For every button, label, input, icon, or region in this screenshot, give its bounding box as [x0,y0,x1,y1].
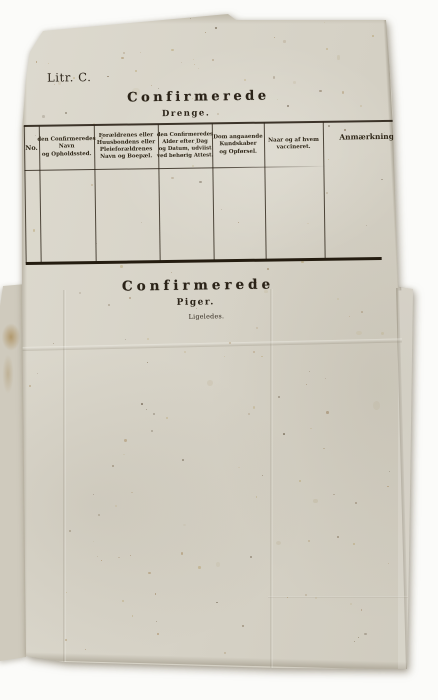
speckle [381,179,383,181]
girls-section-note: Ligeledes. [86,312,326,322]
speckle [184,351,186,353]
speckle [299,480,301,482]
speckle [121,57,123,59]
fold-crease [268,596,408,598]
speckle [35,135,36,136]
speckle [129,285,130,286]
age-blotch [337,55,341,59]
speckle [309,371,310,372]
speckle [153,413,155,415]
speckle [65,639,67,641]
age-blotch [264,290,268,293]
speckle [193,59,194,60]
speckle [301,261,303,263]
speckle [328,125,330,127]
table-top-rule [24,119,421,126]
speckle [361,311,363,313]
speckle [256,282,257,283]
speckle [166,417,168,419]
speckle [325,378,326,379]
speckle [349,316,350,317]
speckle [93,494,95,496]
speckle [29,385,31,387]
speckle [96,243,97,244]
paper-stain [0,346,16,402]
speckle [171,49,174,52]
speckle [79,292,81,294]
speckle [125,339,126,340]
speckle [141,222,142,223]
speckle [135,70,137,72]
speckle [37,373,38,374]
speckle [277,99,278,100]
speckle [156,621,157,622]
speckle [364,633,366,635]
speckle [147,338,149,340]
speckle [124,439,126,441]
speckle [129,297,131,299]
speckle [194,64,195,65]
speckle [388,563,389,564]
speckle [256,496,257,497]
column-header-no: No. [24,127,40,169]
speckle [333,494,334,495]
speckle [181,62,182,63]
speckle [131,492,132,493]
speckle [48,63,50,65]
table-column-line [212,123,215,260]
speckle [158,88,159,89]
speckle [97,556,98,557]
table-column-line [264,123,267,260]
speckle [387,486,389,488]
paper-edge-shade [26,12,392,24]
speckle [326,411,329,414]
speckle [146,409,147,410]
speckle [120,265,123,268]
speckle [118,557,119,558]
speckle [273,76,275,78]
speckle [30,45,32,47]
speckle [141,403,143,405]
paper-edge-shade [21,40,27,660]
photo-background: { "photo": { "corner_mark": "Litr. C.", … [0,0,438,700]
speckle [278,396,280,398]
age-blotch [216,562,220,567]
speckle [283,433,285,435]
table-column-line [323,122,326,259]
speckle [130,555,132,557]
speckle [69,530,70,531]
document-sheet-shadow: Litr. C. Confirmerede Drenge. No. den Co… [0,0,438,700]
speckle [91,184,93,186]
speckle [122,600,124,602]
boys-section-title: Confirmerede [78,88,318,106]
speckle [181,552,183,554]
fold-crease [22,338,402,351]
speckle [151,430,154,433]
speckle [315,597,317,599]
speckle [238,222,239,223]
speckle [358,637,359,638]
speckle [261,356,263,358]
speckle [354,641,355,642]
speckle [337,536,339,538]
confirmation-table: No. den Confirmeredes Navn og Opholdsste… [24,119,423,266]
speckle [361,609,362,610]
table-header-rule [24,166,326,171]
speckle [65,112,67,114]
speckle [115,505,117,507]
speckle [190,18,191,19]
speckle [381,332,383,334]
girls-section-title: Confirmerede [78,276,318,295]
speckle [54,84,55,85]
column-header-navn-opholdssted: den Confirmeredes Navn og Opholdssted. [39,126,95,169]
speckle [342,91,344,93]
speckle [53,343,54,344]
speckle [229,342,231,344]
speckle [198,566,200,568]
speckle [148,572,150,574]
speckle [305,594,307,596]
speckle [384,132,385,133]
speckle [337,298,339,300]
speckle [372,35,374,37]
age-blotch [356,331,362,335]
paper-edge-shade [26,652,408,670]
printed-content: Litr. C. Confirmerede Drenge. No. den Co… [23,64,427,355]
paper-stain [0,318,24,356]
speckle [267,268,269,270]
speckle [326,192,328,194]
speckle [250,556,252,558]
speckle [192,98,193,99]
speckle [344,129,346,131]
speckle [244,79,246,81]
speckle [256,327,258,329]
age-blotch [58,81,61,85]
age-blotch [313,499,317,503]
speckle [360,105,362,107]
speckle [287,597,288,598]
back-sheet-shadow [0,0,438,700]
table-column-line [158,124,161,261]
speckle [73,77,75,79]
speckle [287,105,289,107]
speckle [326,48,328,50]
column-header-dom: Dom angaaende Kundskaber og Opførsel. [212,124,265,167]
speckle [36,61,37,62]
speckle [116,132,117,133]
speckle [355,502,357,504]
back-sheet [0,0,438,700]
speckle [224,356,225,357]
speckle [307,223,309,225]
speckle [132,615,134,617]
speckle [253,351,255,353]
speckle [42,115,45,118]
age-blotch [207,380,213,386]
speckle [33,229,35,231]
speckle [216,602,218,604]
speckle [195,143,196,144]
speckle [140,52,142,54]
speckle [192,165,194,167]
speckle [389,471,390,472]
speckle [123,52,125,54]
folded-flap [398,288,414,670]
speckle [199,181,201,183]
table-column-line [39,126,42,263]
speckle [248,413,250,415]
table-column-line [24,126,27,263]
table-bottom-rule [26,257,382,265]
speckle [171,272,172,273]
speckle [98,514,100,516]
age-blotch [293,81,296,84]
speckle [108,304,110,306]
speckle [112,465,114,467]
speckle [274,37,275,38]
column-header-alder: den Confirmeredes Alder efter Dag og Dat… [158,124,213,167]
speckle [93,123,95,125]
boys-section-subtitle: Drenge. [79,107,294,120]
speckle [157,633,159,635]
girls-section-subtitle: Piger. [78,296,313,309]
speckle [66,592,67,593]
speckle [123,454,124,455]
speckle [350,603,352,605]
speckle [310,428,312,430]
speckle [196,308,197,309]
litr-mark: Litr. C. [47,70,92,85]
speckle [107,76,108,77]
speckle [283,40,285,42]
speckle [366,225,368,227]
column-header-foraeldrenes: Forældrenes eller Huusbondens eller Plei… [94,125,159,168]
fold-crease [396,288,409,672]
speckle [306,384,307,385]
speckle [171,177,173,179]
fold-crease [63,290,66,662]
age-blotch [132,88,139,97]
speckle [308,540,310,542]
speckle [221,209,222,210]
document-sheet: Litr. C. Confirmerede Drenge. No. den Co… [0,0,438,700]
speckle [212,59,214,61]
age-blotch [276,541,281,545]
speckle [262,475,263,476]
age-blotch [373,401,380,410]
speckle [93,541,94,542]
speckle [147,362,148,363]
speckle [328,159,329,160]
speckle [205,32,206,33]
speckle [319,90,322,93]
speckle [242,625,243,626]
speckle [101,560,102,561]
speckle [182,459,184,461]
speckle [323,448,325,450]
speckle [253,406,255,408]
speckle [324,22,325,23]
speckle [366,131,367,132]
column-header-anmaerkninger: Anmærkninger. [323,121,422,164]
paper-edge-shade [383,17,401,291]
speckle [217,113,219,115]
speckle [238,467,239,468]
age-blotch [183,524,186,526]
speckle [353,543,355,545]
speckle [198,68,199,69]
table-column-line [94,125,97,262]
speckle [215,27,216,28]
speckle [224,652,225,653]
speckle [101,137,103,139]
speckle [85,649,86,650]
fold-crease [270,289,273,668]
column-header-vaccineret: Naar og af hvem vaccineret. [264,123,324,166]
speckle [155,593,157,595]
speckle [151,85,152,86]
